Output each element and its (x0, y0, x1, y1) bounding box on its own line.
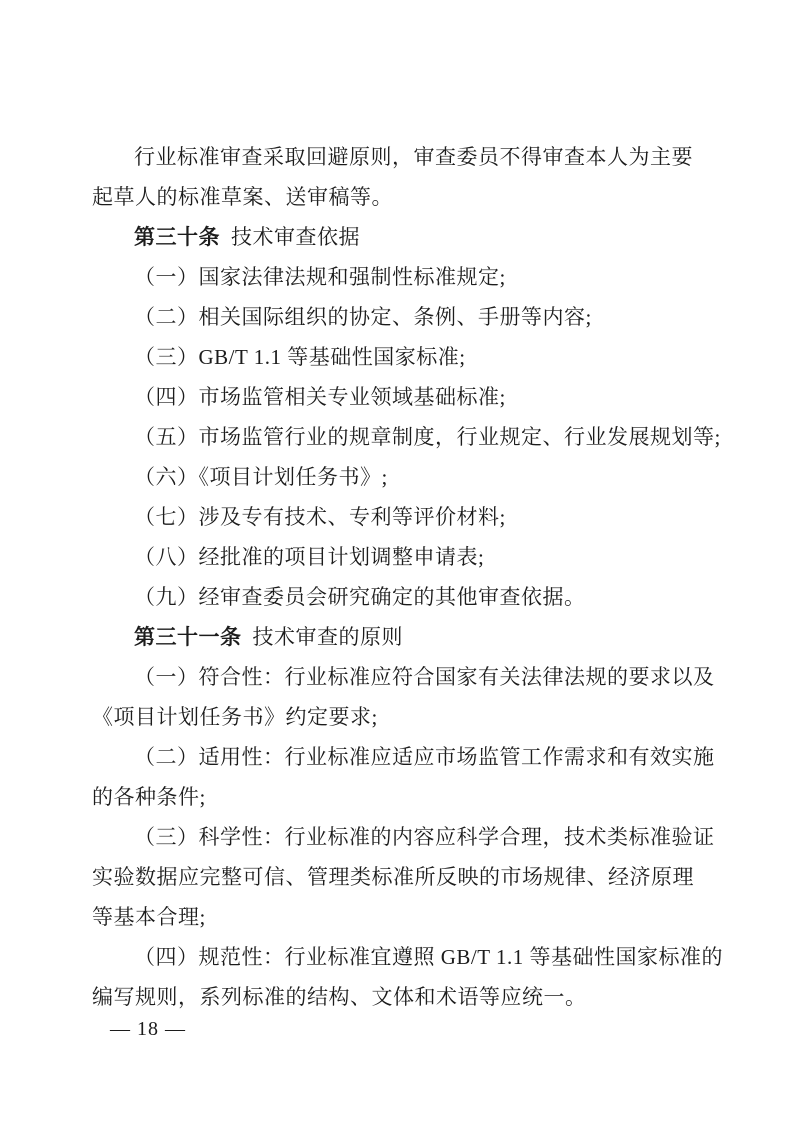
article-30-item-3: （三）GB/T 1.1 等基础性国家标准; (92, 337, 722, 377)
document-body: 行业标准审查采取回避原则，审查委员不得审查本人为主要 起草人的标准草案、送审稿等… (92, 137, 722, 1017)
article-30-item-6: （六）《项目计划任务书》; (92, 457, 722, 497)
article-31-heading: 第三十一条技术审查的原则 (92, 617, 722, 657)
article-30-item-7: （七）涉及专有技术、专利等评价材料; (92, 497, 722, 537)
document-page: 行业标准审查采取回避原则，审查委员不得审查本人为主要 起草人的标准草案、送审稿等… (0, 0, 793, 1122)
article-31-item-4-line-2: 编写规则，系列标准的结构、文体和术语等应统一。 (92, 977, 722, 1017)
article-30-number: 第三十条 (134, 226, 220, 249)
article-31-item-2-line-2: 的各种条件; (92, 777, 722, 817)
article-30-item-5: （五）市场监管行业的规章制度，行业规定、行业发展规划等; (92, 417, 722, 457)
intro-paragraph-line-2: 起草人的标准草案、送审稿等。 (92, 177, 722, 217)
article-30-item-4: （四）市场监管相关专业领域基础标准; (92, 377, 722, 417)
intro-paragraph-line-1: 行业标准审查采取回避原则，审查委员不得审查本人为主要 (92, 137, 722, 177)
article-30-heading: 第三十条技术审查依据 (92, 217, 722, 257)
article-31-item-1-line-2: 《项目计划任务书》约定要求; (92, 697, 722, 737)
article-30-item-8: （八）经批准的项目计划调整申请表; (92, 537, 722, 577)
article-31-item-4-line-1: （四）规范性：行业标准宜遵照 GB/T 1.1 等基础性国家标准的 (92, 937, 722, 977)
article-30-title: 技术审查依据 (231, 225, 360, 249)
page-number: — 18 — (110, 1012, 186, 1046)
article-31-item-2-line-1: （二）适用性：行业标准应适应市场监管工作需求和有效实施 (92, 737, 722, 777)
article-31-number: 第三十一条 (134, 626, 242, 649)
article-30-item-1: （一）国家法律法规和强制性标准规定; (92, 257, 722, 297)
article-31-title: 技术审查的原则 (253, 625, 404, 649)
article-30-item-2: （二）相关国际组织的协定、条例、手册等内容; (92, 297, 722, 337)
article-31-item-3-line-3: 等基本合理; (92, 897, 722, 937)
article-31-item-3-line-1: （三）科学性：行业标准的内容应科学合理，技术类标准验证 (92, 817, 722, 857)
article-31-item-1-line-1: （一）符合性：行业标准应符合国家有关法律法规的要求以及 (92, 657, 722, 697)
article-31-item-3-line-2: 实验数据应完整可信、管理类标准所反映的市场规律、经济原理 (92, 857, 722, 897)
article-30-item-9: （九）经审查委员会研究确定的其他审查依据。 (92, 577, 722, 617)
